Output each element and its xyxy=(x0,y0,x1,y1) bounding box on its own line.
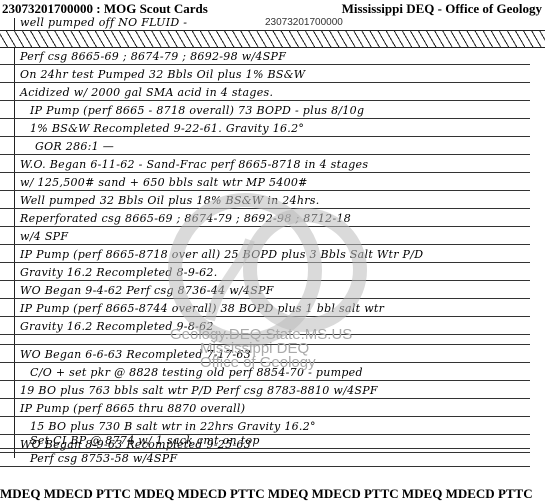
handwritten-text: Well pumped 32 Bbls Oil plus 18% BS&W in… xyxy=(20,194,320,207)
handwritten-text: IP Pump (perf 8665-8718 over all) 25 BOP… xyxy=(20,248,423,261)
watermark-office: Office of Geology xyxy=(200,354,316,371)
handwritten-text: WO Began 9-4-62 Perf csg 8736-44 w/4SPF xyxy=(20,284,274,297)
card-line: 1% BS&W Recompleted 9-22-61. Gravity 16.… xyxy=(0,118,530,137)
card-line: Gravity 16.2 Recompleted 8-9-62. xyxy=(0,262,530,281)
card-line: Set CI BP @ 8774 w/ 1 sack cmt on top xyxy=(0,430,530,449)
card-line: IP Pump (perf 8665-8718 over all) 25 BOP… xyxy=(0,244,530,263)
handwritten-text: Set CI BP @ 8774 w/ 1 sack cmt on top xyxy=(30,434,260,447)
card-line: Perf csg 8753-58 w/4SPF xyxy=(0,448,530,467)
card-line: IP Pump (perf 8665 - 8718 overall) 73 BO… xyxy=(0,100,530,119)
card-line: IP Pump (perf 8665-8744 overall) 38 BOPD… xyxy=(0,298,530,317)
handwritten-text: W.O. Began 6-11-62 - Sand-Frac perf 8665… xyxy=(20,158,368,171)
handwritten-text: 1% BS&W Recompleted 9-22-61. Gravity 16.… xyxy=(30,122,304,135)
handwritten-text: w/4 SPF xyxy=(20,230,68,243)
card-line: w/ 125,500# sand + 650 bbls salt wtr MP … xyxy=(0,172,530,191)
handwritten-text: Perf csg 8753-58 w/4SPF xyxy=(30,452,177,465)
handwritten-text: IP Pump (perf 8665-8744 overall) 38 BOPD… xyxy=(20,302,384,315)
card-line: Reperforated csg 8665-69 ; 8674-79 ; 869… xyxy=(0,208,530,227)
handwritten-text: w/ 125,500# sand + 650 bbls salt wtr MP … xyxy=(20,176,308,189)
card-line: GOR 286:1 — xyxy=(0,136,530,155)
card-line: w/4 SPF xyxy=(0,226,530,245)
handwritten-text: On 24hr test Pumped 32 Bbls Oil plus 1% … xyxy=(20,68,305,81)
card-line: Acidized w/ 2000 gal SMA acid in 4 stage… xyxy=(0,82,530,101)
footer-banner: MDEQ MDECD PTTC MDEQ MDECD PTTC MDEQ MDE… xyxy=(0,486,545,503)
handwritten-text: Perf csg 8665-69 ; 8674-79 ; 8692-98 w/4… xyxy=(20,50,286,63)
handwritten-text: well pumped off NO FLUID - xyxy=(20,16,187,29)
handwritten-text: GOR 286:1 — xyxy=(35,140,114,153)
card-line: Well pumped 32 Bbls Oil plus 18% BS&W in… xyxy=(0,190,530,209)
card-line: On 24hr test Pumped 32 Bbls Oil plus 1% … xyxy=(0,64,530,83)
handwritten-text: Reperforated csg 8665-69 ; 8674-79 ; 869… xyxy=(20,212,351,225)
handwritten-text: IP Pump (perf 8665 - 8718 overall) 73 BO… xyxy=(30,104,364,117)
handwritten-text: Acidized w/ 2000 gal SMA acid in 4 stage… xyxy=(20,86,273,99)
handwritten-text: Gravity 16.2 Recompleted 8-9-62. xyxy=(20,266,218,279)
well-id-stamp: 23073201700000 xyxy=(265,17,343,28)
card-line: WO Began 9-4-62 Perf csg 8736-44 w/4SPF xyxy=(0,280,530,299)
card-line: W.O. Began 6-11-62 - Sand-Frac perf 8665… xyxy=(0,154,530,173)
card-line-top: well pumped off NO FLUID - 2307320170000… xyxy=(0,12,530,31)
card-line: Perf csg 8665-69 ; 8674-79 ; 8692-98 w/4… xyxy=(0,46,530,65)
